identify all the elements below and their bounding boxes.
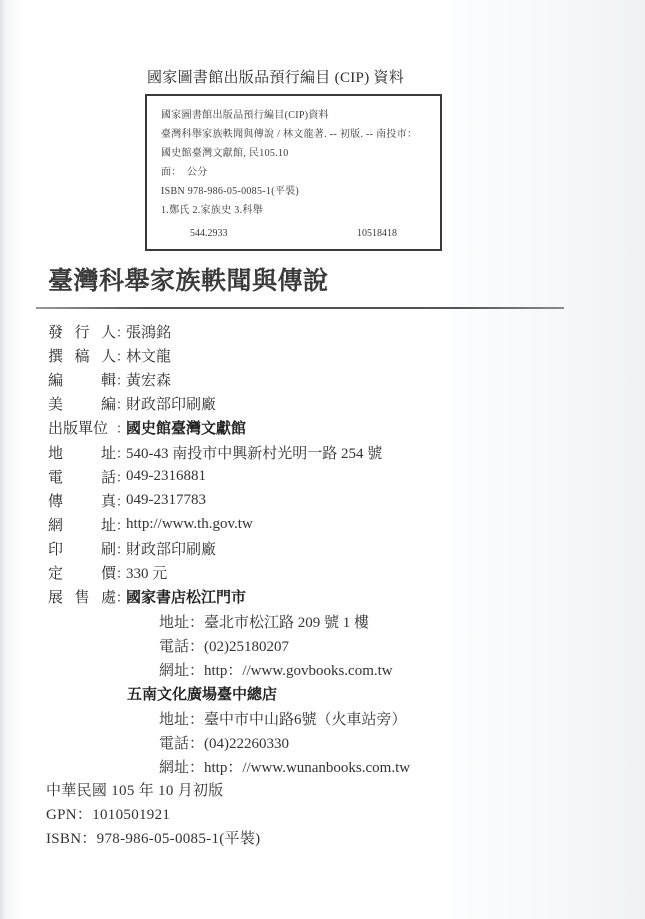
book-title: 臺灣科舉家族軼聞與傳說 xyxy=(48,261,329,297)
credit-value: 林文龍 xyxy=(126,345,171,366)
cip-heading: 國家圖書館出版品預行編目 (CIP) 資料 xyxy=(147,66,404,87)
credit-label: 美編 xyxy=(48,393,116,414)
credit-price: 定價 ： 330 元 xyxy=(48,561,167,583)
credit-label: 編輯 xyxy=(48,369,116,390)
credit-author: 撰稿人 ： 林文龍 xyxy=(48,344,171,366)
store-website: 網址：http：//www.govbooks.com.tw xyxy=(159,659,393,680)
credit-phone: 電話 ： 049-2316881 xyxy=(48,465,206,487)
cip-line: 國史館臺灣文獻館, 民105.10 xyxy=(161,144,289,159)
credit-address: 地址 ： 540-43 南投市中興新村光明一路 254 號 xyxy=(48,441,382,463)
credit-label: 電話 xyxy=(48,466,116,487)
credit-value: 財政部印刷廠 xyxy=(126,393,216,414)
cip-line: 面： 公分 xyxy=(161,163,208,178)
credit-label: 發行人 xyxy=(48,321,116,342)
credit-label: 撰稿人 xyxy=(48,345,116,366)
credit-label: 印刷 xyxy=(48,538,116,559)
credit-label: 展售處 xyxy=(48,586,116,607)
credit-value: http://www.th.gov.tw xyxy=(126,516,253,533)
credit-label: 定價 xyxy=(48,562,116,583)
credit-value: 049-2316881 xyxy=(126,468,206,485)
credit-value: 540-43 南投市中興新村光明一路 254 號 xyxy=(126,442,382,463)
cip-class-number: 544.2933 xyxy=(190,228,228,239)
credit-value: 黃宏森 xyxy=(126,369,171,390)
cip-line: 1.鄭氏 2.家族史 3.科舉 xyxy=(161,201,263,216)
cip-record-number: 10518418 xyxy=(357,228,397,239)
store-phone: 電話：(04)22260330 xyxy=(159,732,289,753)
credit-publishing-unit: 出版單位 ： 國史館臺灣文獻館 xyxy=(48,416,246,438)
credit-value: 國史館臺灣文獻館 xyxy=(126,417,246,438)
gpn-number: GPN：1010501921 xyxy=(46,803,170,824)
store-2-name: 五南文化廣場臺中總店 xyxy=(127,683,277,704)
credit-label: 網址 xyxy=(48,514,116,535)
credit-value: 財政部印刷廠 xyxy=(126,538,216,559)
credit-value: 張鴻銘 xyxy=(126,321,171,342)
store-website: 網址：http：//www.wunanbooks.com.tw xyxy=(159,756,410,777)
credit-label: 傳真 xyxy=(48,490,116,511)
credit-label: 出版單位 xyxy=(48,417,116,438)
store-address: 地址：臺北市松江路 209 號 1 樓 xyxy=(159,611,369,632)
credit-website: 網址 ： http://www.th.gov.tw xyxy=(48,513,253,535)
store-phone: 電話：(02)25180207 xyxy=(159,635,289,656)
cip-line: 臺灣科舉家族軼聞與傳說 / 林文龍著. -- 初版. -- 南投市： xyxy=(161,125,417,140)
title-divider xyxy=(36,307,564,309)
store-address: 地址：臺中市中山路6號（火車站旁） xyxy=(159,708,407,729)
cip-record-box: 國家圖書館出版品預行編目(CIP)資料 臺灣科舉家族軼聞與傳說 / 林文龍著. … xyxy=(145,94,442,251)
credit-fax: 傳真 ： 049-2317783 xyxy=(48,489,206,511)
credit-art-editor: 美編 ： 財政部印刷廠 xyxy=(48,392,216,414)
credit-editor: 編輯 ： 黃宏森 xyxy=(48,368,171,390)
cip-line: ISBN 978-986-05-0085-1(平裝) xyxy=(161,182,299,197)
credit-sales-outlets: 展售處 ： 國家書店松江門市 xyxy=(48,585,246,607)
credit-publisher: 發行人 ： 張鴻銘 xyxy=(48,320,171,342)
isbn-number: ISBN：978-986-05-0085-1(平裝) xyxy=(46,827,260,848)
credit-value: 330 元 xyxy=(126,562,167,583)
edition-date: 中華民國 105 年 10 月初版 xyxy=(46,779,224,800)
cip-line: 國家圖書館出版品預行編目(CIP)資料 xyxy=(161,106,329,121)
credit-printer: 印刷 ： 財政部印刷廠 xyxy=(48,537,216,559)
credit-value: 國家書店松江門市 xyxy=(126,586,246,607)
credit-value: 049-2317783 xyxy=(126,492,206,509)
credit-label: 地址 xyxy=(48,442,116,463)
